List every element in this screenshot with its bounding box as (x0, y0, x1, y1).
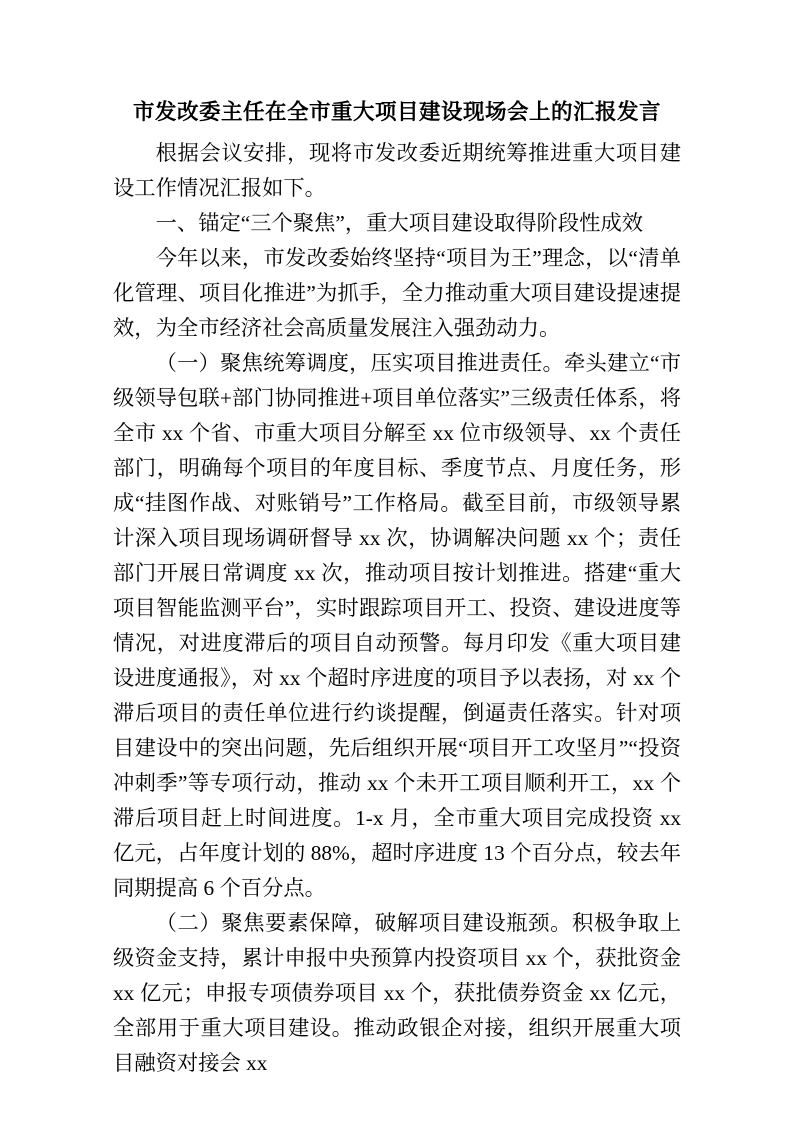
subsection-1-2-paragraph: （二）聚焦要素保障，破解项目建设瓶颈。积极争取上级资金支持，累计申报中央预算内投… (113, 906, 681, 1081)
section-1-overview-paragraph: 今年以来，市发改委始终坚持“项目为王”理念，以“清单化管理、项目化推进”为抓手，… (113, 241, 681, 346)
document-page: 市发改委主任在全市重大项目建设现场会上的汇报发言 根据会议安排，现将市发改委近期… (0, 0, 793, 1122)
document-title: 市发改委主任在全市重大项目建设现场会上的汇报发言 (113, 96, 681, 129)
intro-paragraph: 根据会议安排，现将市发改委近期统筹推进重大项目建设工作情况汇报如下。 (113, 136, 681, 206)
section-1-heading: 一、锚定“三个聚焦”，重大项目建设取得阶段性成效 (113, 206, 681, 241)
subsection-1-1-paragraph: （一）聚焦统筹调度，压实项目推进责任。牵头建立“市级领导包联+部门协同推进+项目… (113, 346, 681, 906)
